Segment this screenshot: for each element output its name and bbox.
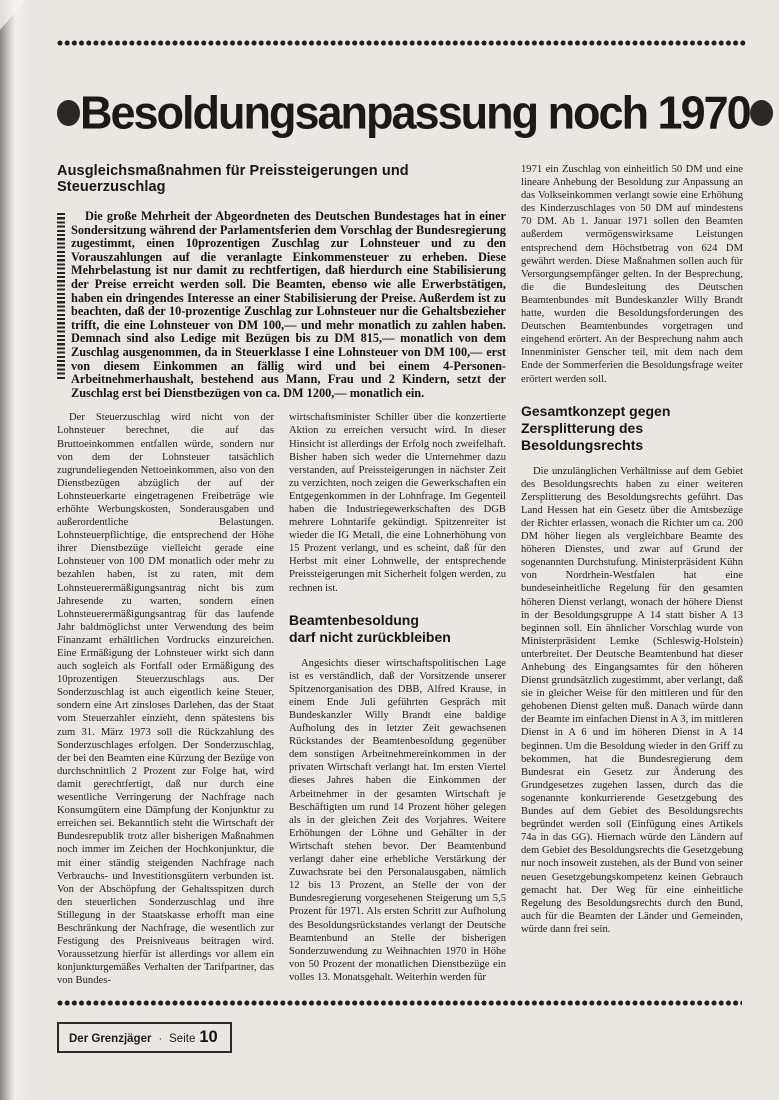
footer-box: Der Grenzjäger · Seite 10 — [57, 1022, 232, 1053]
section-heading-beamtenbesoldung: Beamtenbesoldung darf nicht zurückbleibe… — [289, 612, 506, 646]
headline-bullet-right-icon — [750, 100, 773, 126]
body-column-1: Der Steuerzuschlag wird nicht von der Lo… — [57, 411, 274, 1019]
lead-accent-bar — [57, 213, 65, 381]
headline-row: Besoldungsanpassung noch 1970 — [57, 84, 742, 142]
section-heading-line2: Zersplitterung des Besoldungsrechts — [521, 420, 743, 454]
column2-paragraph-2: Angesichts dieser wirtschaftspolitischen… — [289, 657, 506, 984]
footer-separator: · — [158, 1033, 162, 1045]
page-fold-mark — [0, 0, 26, 30]
footer-page-label: Seite — [169, 1033, 195, 1045]
footer-publication: Der Grenzjäger — [69, 1033, 151, 1045]
lead-paragraph-wrap: Die große Mehrheit der Abgeordneten des … — [57, 210, 506, 400]
two-column-text: Der Steuerzuschlag wird nicht von der Lo… — [57, 411, 506, 1019]
lead-paragraph: Die große Mehrheit der Abgeordneten des … — [71, 210, 506, 400]
column3-paragraph-2: Die unzulänglichen Verhältnisse auf dem … — [521, 465, 743, 936]
dotted-border-bottom — [57, 1000, 742, 1006]
article-body: Ausgleichsmaßnahmen für Preissteigerunge… — [57, 163, 743, 1019]
section-heading-line2: darf nicht zurückbleiben — [289, 629, 506, 646]
newspaper-page: Besoldungsanpassung noch 1970 Ausgleichs… — [0, 0, 779, 1100]
headline-bullet-left-icon — [57, 100, 80, 126]
column3-paragraph-1: 1971 ein Zuschlag von einheitlich 50 DM … — [521, 163, 743, 386]
body-column-2: wirtschaftsminister Schiller über die ko… — [289, 411, 506, 1019]
body-column-3: 1971 ein Zuschlag von einheitlich 50 DM … — [521, 163, 743, 995]
section-heading-gesamtkonzept: Gesamtkonzept gegen Zersplitterung des B… — [521, 403, 743, 454]
column1-paragraph: Der Steuerzuschlag wird nicht von der Lo… — [57, 411, 274, 987]
footer-page-number: 10 — [199, 1028, 217, 1047]
article-subhead: Ausgleichsmaßnahmen für Preissteigerunge… — [57, 163, 506, 195]
scan-edge-shadow — [0, 0, 34, 1100]
section-heading-line1: Beamtenbesoldung — [289, 612, 506, 629]
dotted-border-top — [57, 40, 746, 46]
section-heading-line1: Gesamtkonzept gegen — [521, 403, 743, 420]
article-left-section: Ausgleichsmaßnahmen für Preissteigerunge… — [57, 163, 506, 1019]
column2-paragraph-1: wirtschaftsminister Schiller über die ko… — [289, 411, 506, 594]
page-title: Besoldungsanpassung noch 1970 — [80, 86, 750, 140]
